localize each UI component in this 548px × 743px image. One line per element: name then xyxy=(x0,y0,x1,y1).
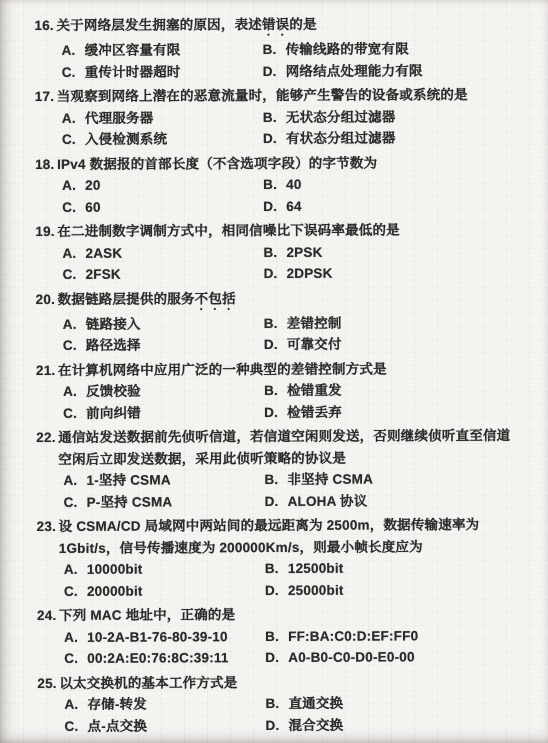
question-number: 23. xyxy=(37,516,59,559)
answer-option: A.代理服务器 xyxy=(62,107,263,129)
question-head: 23. 设 CSMA/CD 局域网中两站间的最远距离为 2500m，数据传输速率… xyxy=(1,514,548,559)
answer-option: D.64 xyxy=(263,194,537,217)
answer-option: D.有状态分组过滤器 xyxy=(263,127,537,150)
scanned-exam-page: 16. 关于网络层发生拥塞的原因，表述错误的是 A.缓冲区容量有限B.传输线路的… xyxy=(0,0,548,743)
stem-text: 的是 xyxy=(289,17,316,32)
stem-text: 通信站发送数据前先侦听信道，若信道空闲则发送，否则继续侦听直至信道空闲后立即发送… xyxy=(58,428,510,466)
option-letter: D. xyxy=(264,334,287,356)
answer-option: B.无状态分组过滤器 xyxy=(263,105,537,128)
option-text: 20000bit xyxy=(87,580,143,602)
option-letter: C. xyxy=(62,196,85,218)
option-letter: A. xyxy=(64,694,87,716)
question-number: 25. xyxy=(37,672,59,694)
answer-option: D.A0-B0-C0-D0-E0-00 xyxy=(265,646,539,669)
question-item: 18. IPv4 数据报的首部长度（不含选项字段）的字节数为 A.20B.40C… xyxy=(0,151,547,218)
option-letter: C. xyxy=(64,580,87,602)
option-grid: A.代理服务器B.无状态分组过滤器C.入侵检测系统D.有状态分组过滤器 xyxy=(62,105,537,150)
answer-option: A.存储-转发 xyxy=(64,693,265,715)
question-stem: IPv4 数据报的首部长度（不含选项字段）的字节数为 xyxy=(57,151,547,175)
option-letter: A. xyxy=(62,175,85,197)
stem-text: 下列 MAC 地址中，正确的是 xyxy=(59,607,235,623)
option-text: 1-坚持 CSMA xyxy=(86,469,170,491)
option-text: 10-2A-B1-76-80-39-10 xyxy=(87,626,228,648)
question-item: 19. 在二进制数字调制方式中，相同信噪比下误码率最低的是 A.2ASKB.2P… xyxy=(0,219,548,286)
question-head: 19. 在二进制数字调制方式中，相同信噪比下误码率最低的是 xyxy=(0,219,547,243)
option-letter: B. xyxy=(265,693,288,715)
question-number: 19. xyxy=(35,221,57,243)
option-text: 混合交换 xyxy=(288,714,343,736)
option-text: 反馈校验 xyxy=(86,381,141,403)
answer-option: D.检错丢弃 xyxy=(264,400,538,423)
option-letter: C. xyxy=(64,715,87,737)
stem-emphasized-text: 错误 xyxy=(262,17,289,32)
option-text: 10000bit xyxy=(87,559,143,581)
option-text: 重传计时器超时 xyxy=(85,61,181,83)
question-head: 20. 数据链路层提供的服务不包括 xyxy=(0,286,548,313)
option-letter: C. xyxy=(62,129,85,151)
question-stem: 关于网络层发生拥塞的原因，表述错误的是 xyxy=(56,13,546,40)
option-letter: D. xyxy=(263,128,286,150)
option-text: 2ASK xyxy=(85,242,122,264)
stem-text: IPv4 数据报的首部长度（不含选项字段）的字节数为 xyxy=(57,155,377,171)
option-grid: A.20B.40C.60D.64 xyxy=(62,173,537,218)
answer-option: D.ALOHA 协议 xyxy=(264,489,538,512)
answer-option: C.60 xyxy=(62,196,263,218)
stem-text: 关于网络层发生拥塞的原因，表述 xyxy=(56,17,262,33)
option-text: 40 xyxy=(286,174,302,196)
option-text: 前向纠错 xyxy=(86,402,141,424)
option-text: 传输线路的带宽有限 xyxy=(286,38,409,60)
option-letter: C. xyxy=(62,61,85,83)
question-item: 17. 当观察到网络上潜在的恶意流量时，能够产生警告的设备或系统的是 A.代理服… xyxy=(0,84,547,151)
option-grid: A.10000bitB.12500bitC.20000bitD.25000bit xyxy=(64,557,539,602)
option-text: 00:2A:E0:76:8C:39:11 xyxy=(87,647,228,669)
answer-option: A.反馈校验 xyxy=(63,380,264,402)
stem-text: 数据链路层提供的服务 xyxy=(58,291,195,307)
option-text: 2DPSK xyxy=(287,263,333,285)
option-letter: D. xyxy=(264,263,287,285)
stem-text: 在二进制数字调制方式中，相同信噪比下误码率最低的是 xyxy=(57,222,400,238)
option-text: 链路接入 xyxy=(86,313,141,335)
answer-option: B.检错重发 xyxy=(264,379,538,402)
question-head: 16. 关于网络层发生拥塞的原因，表述错误的是 xyxy=(0,13,547,40)
option-text: 25000bit xyxy=(288,579,344,601)
answer-option: C.P-坚持 CSMA xyxy=(63,491,264,513)
option-letter: B. xyxy=(265,558,288,580)
question-stem: 当观察到网络上潜在的恶意流量时，能够产生警告的设备或系统的是 xyxy=(57,84,547,108)
option-text: 存储-转发 xyxy=(87,694,147,716)
question-item: 20. 数据链路层提供的服务不包括 A.链路接入B.差错控制C.路径选择D.可靠… xyxy=(0,286,548,356)
question-stem: 在二进制数字调制方式中，相同信噪比下误码率最低的是 xyxy=(57,219,547,243)
option-text: 直通交换 xyxy=(288,693,343,715)
option-text: 路径选择 xyxy=(86,335,141,357)
answer-option: C.00:2A:E0:76:8C:39:11 xyxy=(64,647,265,669)
option-letter: B. xyxy=(263,241,286,263)
option-letter: C. xyxy=(64,648,87,670)
option-letter: C. xyxy=(63,335,86,357)
option-letter: A. xyxy=(64,559,87,581)
option-text: 可靠交付 xyxy=(287,334,342,356)
answer-option: B.2PSK xyxy=(263,240,537,263)
option-letter: C. xyxy=(63,402,86,424)
stem-text: 以太交换机的基本工作方式是 xyxy=(59,675,237,691)
answer-option: A.1-坚持 CSMA xyxy=(63,469,264,491)
option-grid: A.缓冲区容量有限B.传输线路的带宽有限C.重传计时器超时D.网络结点处理能力有… xyxy=(62,38,537,83)
answer-option: D.混合交换 xyxy=(265,713,539,736)
answer-option: B.传输线路的带宽有限 xyxy=(263,38,537,61)
answer-option: C.2FSK xyxy=(63,263,264,285)
option-text: 非坚持 CSMA xyxy=(287,469,373,491)
question-head: 17. 当观察到网络上潜在的恶意流量时，能够产生警告的设备或系统的是 xyxy=(0,84,547,108)
answer-option: A.链路接入 xyxy=(63,313,264,335)
answer-option: B.12500bit xyxy=(265,557,539,580)
answer-option: C.20000bit xyxy=(64,580,265,602)
question-list: 16. 关于网络层发生拥塞的原因，表述错误的是 A.缓冲区容量有限B.传输线路的… xyxy=(0,13,548,740)
answer-option: D.可靠交付 xyxy=(264,333,538,356)
option-letter: B. xyxy=(264,469,287,491)
answer-option: B.差错控制 xyxy=(264,311,538,334)
question-number: 16. xyxy=(34,15,56,40)
option-grid: A.链路接入B.差错控制C.路径选择D.可靠交付 xyxy=(63,311,538,356)
option-letter: A. xyxy=(63,381,86,403)
option-text: 检错丢弃 xyxy=(287,401,342,423)
answer-option: A.20 xyxy=(62,174,263,196)
option-text: 有状态分组过滤器 xyxy=(286,127,396,149)
option-letter: D. xyxy=(265,579,288,601)
option-text: 20 xyxy=(85,175,101,197)
question-number: 24. xyxy=(37,605,59,627)
option-letter: B. xyxy=(265,625,288,647)
option-text: A0-B0-C0-D0-E0-00 xyxy=(288,646,415,668)
option-text: 无状态分组过滤器 xyxy=(286,106,396,128)
answer-option: A.10000bit xyxy=(64,558,265,580)
option-text: 缓冲区容量有限 xyxy=(85,39,181,61)
question-head: 18. IPv4 数据报的首部长度（不含选项字段）的字节数为 xyxy=(0,151,547,175)
stem-text: 设 CSMA/CD 局域网中两站间的最远距离为 2500m，数据传输速率为 1G… xyxy=(59,517,480,555)
option-grid: A.1-坚持 CSMAB.非坚持 CSMAC.P-坚持 CSMAD.ALOHA … xyxy=(63,468,538,513)
option-text: P-坚持 CSMA xyxy=(86,491,172,513)
answer-option: C.入侵检测系统 xyxy=(62,128,263,150)
answer-option: B.FF:BA:C0:D:EF:FF0 xyxy=(265,624,539,647)
question-item: 21. 在计算机网络中应用广泛的一种典型的差错控制方式是 A.反馈校验B.检错重… xyxy=(0,357,548,424)
answer-option: A.2ASK xyxy=(62,242,263,264)
question-number: 20. xyxy=(36,288,58,313)
question-item: 22. 通信站发送数据前先侦听信道，若信道空闲则发送，否则继续侦听直至信道空闲后… xyxy=(0,425,548,513)
option-letter: D. xyxy=(264,490,287,512)
option-letter: B. xyxy=(263,174,286,196)
question-stem: 通信站发送数据前先侦听信道，若信道空闲则发送，否则继续侦听直至信道空闲后立即发送… xyxy=(58,425,548,470)
option-text: FF:BA:C0:D:EF:FF0 xyxy=(288,625,418,647)
answer-option: C.路径选择 xyxy=(63,334,264,356)
question-item: 24. 下列 MAC 地址中，正确的是 A.10-2A-B1-76-80-39-… xyxy=(1,603,548,670)
option-letter: D. xyxy=(265,714,288,736)
option-letter: B. xyxy=(263,39,286,61)
answer-option: D.网络结点处理能力有限 xyxy=(263,59,537,82)
question-stem: 以太交换机的基本工作方式是 xyxy=(59,670,548,694)
answer-option: C.重传计时器超时 xyxy=(62,61,263,83)
question-stem: 下列 MAC 地址中，正确的是 xyxy=(59,603,548,627)
answer-option: A.缓冲区容量有限 xyxy=(62,39,263,61)
option-grid: A.2ASKB.2PSKC.2FSKD.2DPSK xyxy=(62,240,537,285)
option-letter: B. xyxy=(263,106,286,128)
option-letter: A. xyxy=(62,242,85,264)
question-number: 22. xyxy=(36,427,58,470)
answer-option: B.非坚持 CSMA xyxy=(264,468,538,491)
stem-emphasized-text: 不包括 xyxy=(195,291,236,306)
option-letter: D. xyxy=(264,401,287,423)
option-grid: A.10-2A-B1-76-80-39-10B.FF:BA:C0:D:EF:FF… xyxy=(64,624,539,669)
answer-option: B.直通交换 xyxy=(265,692,539,715)
option-text: 60 xyxy=(85,196,101,218)
option-text: 检错重发 xyxy=(287,380,342,402)
option-letter: A. xyxy=(62,107,85,129)
option-text: ALOHA 协议 xyxy=(287,490,367,512)
question-head: 22. 通信站发送数据前先侦听信道，若信道空闲则发送，否则继续侦听直至信道空闲后… xyxy=(0,425,548,470)
option-letter: D. xyxy=(263,195,286,217)
option-letter: B. xyxy=(264,312,287,334)
option-letter: A. xyxy=(64,626,87,648)
question-item: 16. 关于网络层发生拥塞的原因，表述错误的是 A.缓冲区容量有限B.传输线路的… xyxy=(0,13,547,83)
option-text: 点-点交换 xyxy=(87,715,147,737)
answer-option: C.前向纠错 xyxy=(63,402,264,424)
option-text: 入侵检测系统 xyxy=(85,128,167,150)
answer-option: C.点-点交换 xyxy=(64,715,265,737)
question-stem: 设 CSMA/CD 局域网中两站间的最远距离为 2500m，数据传输速率为 1G… xyxy=(59,514,548,559)
option-grid: A.反馈校验B.检错重发C.前向纠错D.检错丢弃 xyxy=(63,379,538,424)
option-letter: D. xyxy=(265,647,288,669)
question-head: 21. 在计算机网络中应用广泛的一种典型的差错控制方式是 xyxy=(0,357,548,381)
question-number: 21. xyxy=(36,359,58,381)
question-stem: 在计算机网络中应用广泛的一种典型的差错控制方式是 xyxy=(58,357,548,381)
option-letter: A. xyxy=(63,470,86,492)
answer-option: B.40 xyxy=(263,173,537,196)
option-letter: D. xyxy=(263,60,286,82)
option-letter: C. xyxy=(63,491,86,513)
option-letter: C. xyxy=(63,264,86,286)
option-text: 2FSK xyxy=(86,264,121,286)
option-letter: A. xyxy=(63,313,86,335)
question-head: 24. 下列 MAC 地址中，正确的是 xyxy=(1,603,548,627)
question-item: 23. 设 CSMA/CD 局域网中两站间的最远距离为 2500m，数据传输速率… xyxy=(1,514,548,602)
option-grid: A.存储-转发B.直通交换C.点-点交换D.混合交换 xyxy=(64,692,539,737)
stem-text: 在计算机网络中应用广泛的一种典型的差错控制方式是 xyxy=(58,361,387,377)
question-number: 18. xyxy=(35,153,57,175)
option-letter: A. xyxy=(62,40,85,62)
option-letter: B. xyxy=(264,380,287,402)
question-item: 25. 以太交换机的基本工作方式是 A.存储-转发B.直通交换C.点-点交换D.… xyxy=(1,670,548,737)
question-stem: 数据链路层提供的服务不包括 xyxy=(58,286,548,313)
option-text: 网络结点处理能力有限 xyxy=(286,60,423,82)
option-text: 64 xyxy=(286,195,302,217)
option-text: 12500bit xyxy=(288,558,344,580)
option-text: 2PSK xyxy=(286,241,322,263)
answer-option: D.25000bit xyxy=(265,578,539,601)
answer-option: A.10-2A-B1-76-80-39-10 xyxy=(64,626,265,648)
answer-option: D.2DPSK xyxy=(264,262,538,285)
option-text: 代理服务器 xyxy=(85,107,154,129)
option-text: 差错控制 xyxy=(287,312,342,334)
stem-text: 当观察到网络上潜在的恶意流量时，能够产生警告的设备或系统的是 xyxy=(57,87,468,104)
question-number: 17. xyxy=(35,86,57,108)
question-head: 25. 以太交换机的基本工作方式是 xyxy=(1,670,548,694)
